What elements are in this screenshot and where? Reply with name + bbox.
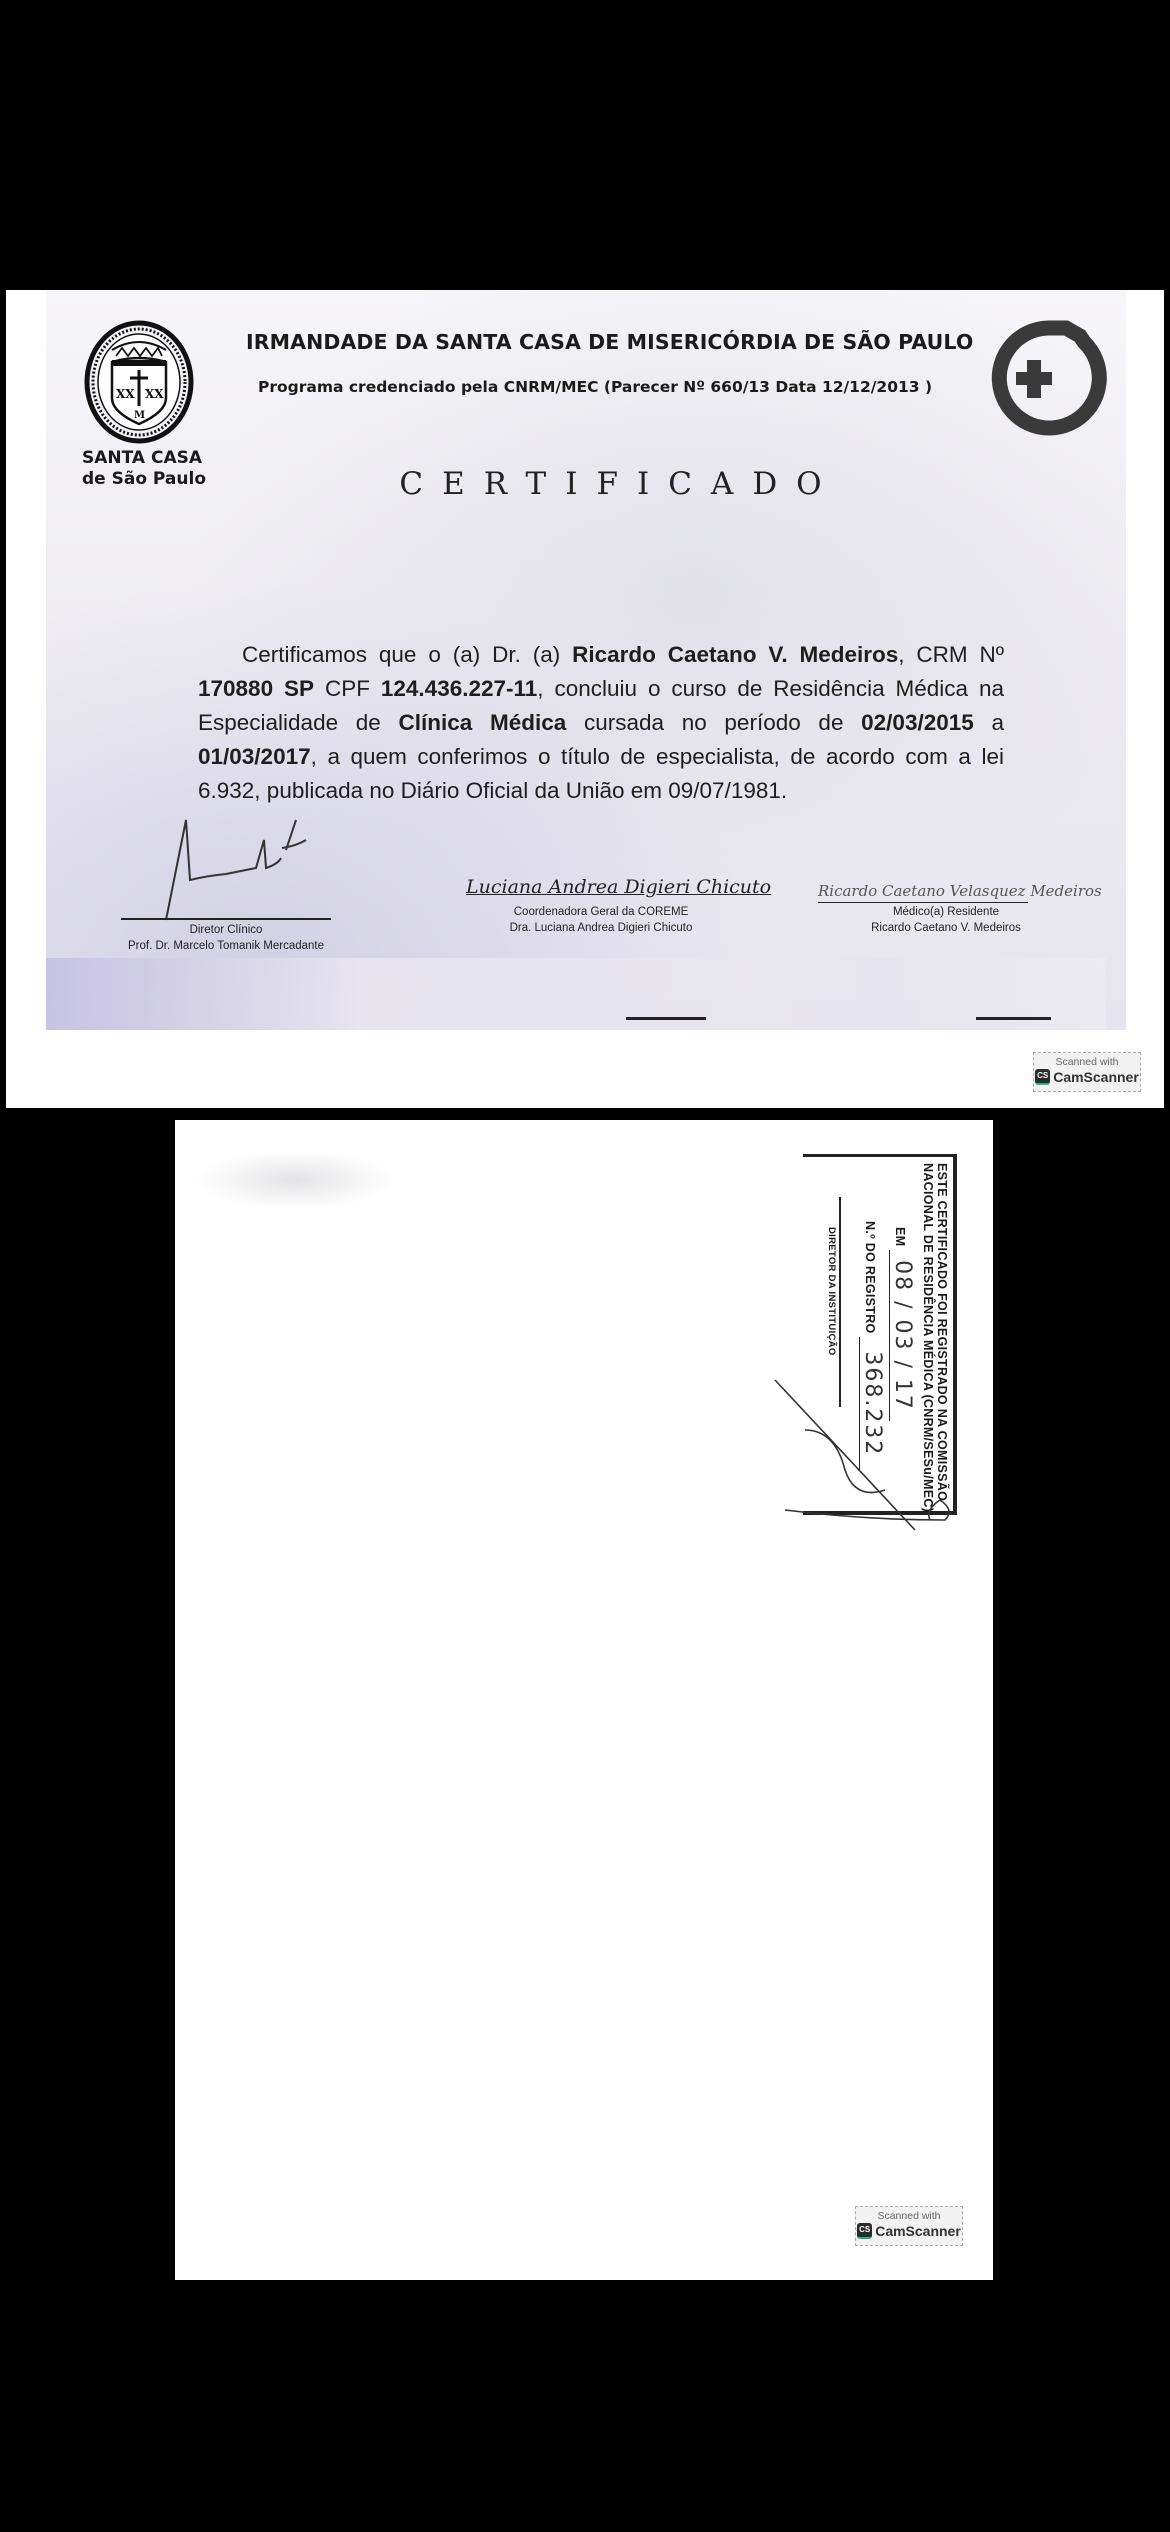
signer-role: Médico(a) Residente (826, 904, 1066, 920)
badge-line-2: CamScanner (875, 2222, 961, 2240)
header-subtitle: Programa credenciado pela CNRM/MEC (Pare… (258, 378, 932, 396)
badge-line-2: CamScanner (1053, 1068, 1139, 1086)
recipient-name: Ricardo Caetano V. Medeiros (572, 642, 898, 667)
scan-artifact (976, 1017, 1051, 1020)
certificate-page-back: ESTE CERTIFICADO FOI REGISTRADO NA COMIS… (175, 1120, 993, 2280)
medical-cross-logo-icon (988, 320, 1108, 438)
signature-block-resident: Médico(a) Residente Ricardo Caetano V. M… (826, 904, 1066, 936)
signer-name: Ricardo Caetano V. Medeiros (826, 920, 1066, 936)
header-title: IRMANDADE DA SANTA CASA DE MISERICÓRDIA … (246, 330, 1006, 354)
signature-coordinator: Luciana Andrea Digieri Chicuto (466, 876, 756, 898)
stamp-signature-icon (765, 1370, 965, 1540)
stamp-registry-label: N.º DO REGISTRO (863, 1221, 877, 1334)
badge-line-1: Scanned with (856, 2210, 962, 2222)
signature-director-icon (106, 810, 336, 930)
badge-line-1: Scanned with (1034, 1056, 1140, 1068)
signer-name: Prof. Dr. Marcelo Tomanik Mercadante (86, 938, 366, 954)
signature-block-director: Diretor Clínico Prof. Dr. Marcelo Tomani… (86, 922, 366, 954)
camscanner-badge: Scanned with CSCamScanner (1033, 1052, 1141, 1092)
certificate-body: Certificamos que o (a) Dr. (a) Ricardo C… (198, 638, 1004, 808)
stamp-date-label: EM (893, 1227, 907, 1246)
end-date: 01/03/2017 (198, 744, 311, 769)
scan-smudge (195, 1150, 395, 1210)
signer-name: Dra. Luciana Andrea Digieri Chicuto (466, 920, 736, 936)
camscanner-badge: Scanned with CSCamScanner (855, 2206, 963, 2246)
period-separator: a (974, 710, 1004, 735)
cpf-number: 124.436.227-11 (381, 676, 537, 701)
document-title: CERTIFICADO (6, 466, 1164, 502)
signature-resident: Ricardo Caetano Velasquez Medeiros (818, 882, 1108, 900)
specialty: Clínica Médica (399, 710, 567, 735)
start-date: 02/03/2015 (861, 710, 974, 735)
certificate-page-front: XX XX M SANTA CASA de São Paulo IRMANDAD… (6, 290, 1164, 1108)
body-intro: Certificamos que o (a) Dr. (a) (242, 642, 572, 667)
svg-text:M: M (134, 410, 145, 421)
signature-line-resident (818, 902, 1028, 903)
signature-line-director (121, 918, 331, 920)
scan-shadow (46, 958, 1106, 1030)
stamp-signer-label: DIRETOR DA INSTITUIÇÃO (826, 1227, 837, 1356)
period-text: cursada no período de (566, 710, 861, 735)
camscanner-logo-icon: CS (1035, 1069, 1050, 1085)
signer-role: Coordenadora Geral da COREME (466, 904, 736, 920)
svg-text:XX: XX (145, 387, 164, 401)
signature-block-coordinator: Coordenadora Geral da COREME Dra. Lucian… (466, 904, 736, 936)
svg-text:XX: XX (116, 387, 135, 401)
santa-casa-seal-icon: XX XX M (84, 320, 194, 444)
crm-number: 170880 SP (198, 676, 314, 701)
closing-text: , a quem conferimos o título de especial… (198, 744, 1004, 803)
crm-label: , CRM Nº (898, 642, 1004, 667)
scan-artifact (626, 1017, 706, 1020)
signer-role: Diretor Clínico (86, 922, 366, 938)
camscanner-logo-icon: CS (857, 2223, 872, 2239)
cpf-label: CPF (314, 676, 381, 701)
